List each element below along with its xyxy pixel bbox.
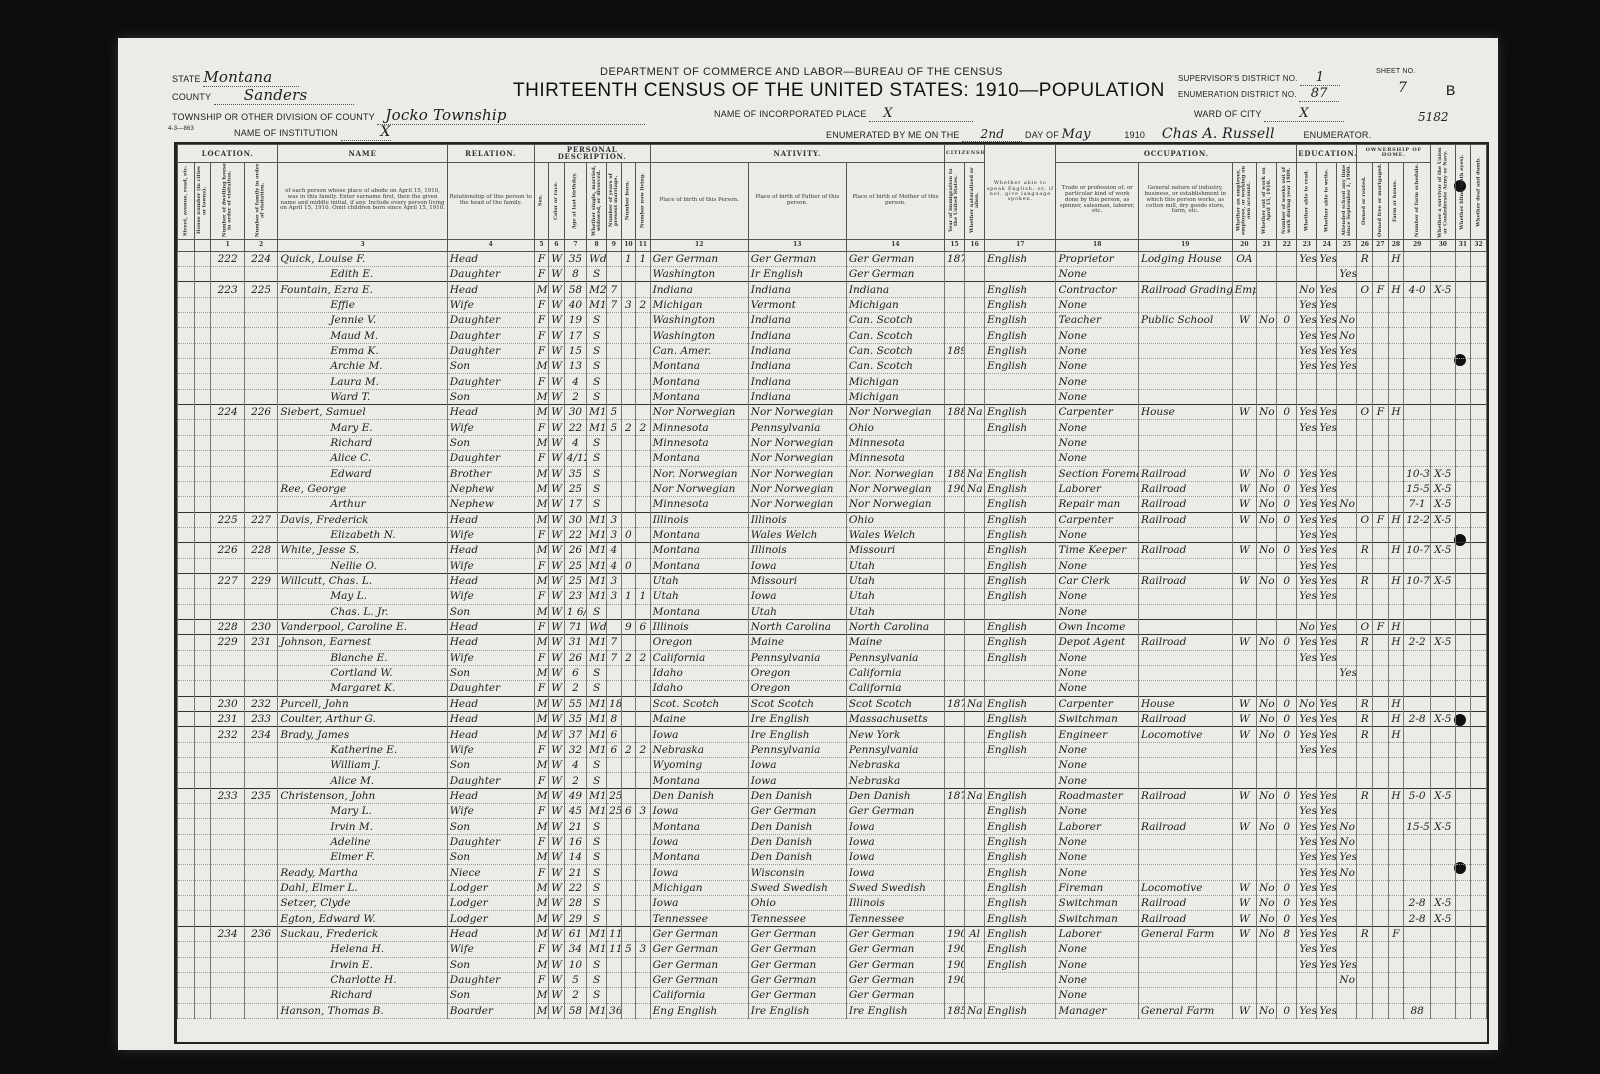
cell-imm <box>944 988 964 1003</box>
census-row: 226228White, Jesse S.HeadMW26M14MontanaI… <box>178 543 1487 558</box>
cell-marital: M1 <box>587 1003 607 1018</box>
cell-emp: W <box>1232 819 1257 834</box>
cell-blind <box>1455 451 1471 466</box>
census-row: 228230Vanderpool, Caroline E.HeadFW71Wd9… <box>178 619 1487 634</box>
cell-lang: English <box>985 343 1056 358</box>
cell-industry <box>1138 435 1232 450</box>
cell-yrs <box>607 497 621 512</box>
cell-own <box>1357 466 1373 481</box>
cell-emp: W <box>1232 543 1257 558</box>
cell-dwelling <box>211 972 244 987</box>
cell-mbp: Nor. Norwegian <box>846 466 944 481</box>
census-row: Egton, Edward W.LodgerMW29STennesseeTenn… <box>178 911 1487 926</box>
cell-write: Yes <box>1317 865 1337 880</box>
cell-yrs: 3 <box>607 512 621 527</box>
cell-age: 71 <box>564 619 586 634</box>
cell-write: Yes <box>1317 957 1337 972</box>
cell-mbp: California <box>846 665 944 680</box>
cell-emp <box>1232 742 1257 757</box>
cell-fh: H <box>1388 405 1404 420</box>
cell-mort <box>1373 758 1389 773</box>
cell-marital: S <box>587 435 607 450</box>
cell-bp: Iowa <box>650 834 748 849</box>
cell-emp <box>1232 850 1257 865</box>
cell-fbp: Indiana <box>748 359 846 374</box>
cell-write <box>1317 972 1337 987</box>
cell-nat <box>965 251 985 266</box>
cell-yrs <box>607 374 621 389</box>
cell-fh <box>1388 1003 1404 1018</box>
cell-marital: S <box>587 758 607 773</box>
supervisor-district-field: SUPERVISOR'S DISTRICT NO. 1 <box>1178 70 1340 86</box>
cell-family <box>244 650 277 665</box>
cell-extra <box>1431 742 1456 757</box>
header-employer: Whether an employer, employee, or workin… <box>1232 162 1257 239</box>
cell-extra <box>1431 389 1456 404</box>
cell-sched <box>1404 681 1431 696</box>
cell-yrs: 7 <box>607 635 621 650</box>
cell-family <box>244 389 277 404</box>
cell-bp: Montana <box>650 374 748 389</box>
cell-family <box>244 604 277 619</box>
group-education: EDUCATION. <box>1297 145 1357 163</box>
cell-born <box>621 512 635 527</box>
cell-living: 2 <box>636 297 651 312</box>
cell-read: Yes <box>1297 297 1317 312</box>
cell-write <box>1317 665 1337 680</box>
cell-mbp: Wales Welch <box>846 527 944 542</box>
cell-mort <box>1373 481 1389 496</box>
cell-nat <box>965 435 985 450</box>
header-children-living: Number now living. <box>636 162 651 239</box>
cell-born: 2 <box>621 650 635 665</box>
cell-write: Yes <box>1317 850 1337 865</box>
population-schedule-table: LOCATION. NAME RELATION. PERSONAL DESCRI… <box>174 142 1489 1044</box>
cell-family <box>244 420 277 435</box>
cell-family <box>244 804 277 819</box>
cell-own <box>1357 804 1373 819</box>
cell-name: Blanche E. <box>278 650 447 665</box>
cell-deaf <box>1471 942 1487 957</box>
cell-wks <box>1277 389 1297 404</box>
enumeration-district-label: ENUMERATION DISTRICT NO. <box>1178 90 1297 99</box>
cell-school <box>1337 589 1357 604</box>
cell-oow <box>1257 834 1277 849</box>
cell-fh <box>1388 389 1404 404</box>
cell-deaf <box>1471 497 1487 512</box>
cell-nat <box>965 374 985 389</box>
cell-yrs: 5 <box>607 405 621 420</box>
cell-sex: M <box>534 712 548 727</box>
cell-age: 4 <box>564 374 586 389</box>
cell-fh <box>1388 880 1404 895</box>
cell-dwelling: 232 <box>211 727 244 742</box>
cell-school <box>1337 788 1357 803</box>
cell-emp: W <box>1232 635 1257 650</box>
cell-write: Yes <box>1317 696 1337 711</box>
cell-fh <box>1388 896 1404 911</box>
cell-dwelling: 226 <box>211 543 244 558</box>
cell-street <box>178 313 195 328</box>
cell-yrs: 6 <box>607 742 621 757</box>
cell-sex: M <box>534 957 548 972</box>
cell-trade: Switchman <box>1056 896 1139 911</box>
cell-nat <box>965 343 985 358</box>
cell-trade: None <box>1056 589 1139 604</box>
cell-sex: F <box>534 972 548 987</box>
cell-industry: Railroad <box>1138 512 1232 527</box>
cell-oow <box>1257 619 1277 634</box>
cell-own <box>1357 420 1373 435</box>
cell-mbp: Ger German <box>846 804 944 819</box>
cell-living <box>636 389 651 404</box>
cell-industry <box>1138 420 1232 435</box>
cell-family <box>244 527 277 542</box>
cell-yrs: 7 <box>607 297 621 312</box>
cell-fh: H <box>1388 512 1404 527</box>
cell-age: 2 <box>564 988 586 1003</box>
cell-fh <box>1388 742 1404 757</box>
enumerated-label: ENUMERATED BY ME ON THE <box>826 130 960 140</box>
cell-sex: M <box>534 435 548 450</box>
cell-marital: M1 <box>587 589 607 604</box>
cell-trade: Engineer <box>1056 727 1139 742</box>
cell-industry: General Farm <box>1138 1003 1232 1018</box>
cell-imm <box>944 512 964 527</box>
cell-born <box>621 405 635 420</box>
cell-yrs <box>607 850 621 865</box>
census-row: Dahl, Elmer L.LodgerMW22SMichiganSwed Sw… <box>178 880 1487 895</box>
cell-oow: No <box>1257 466 1277 481</box>
cell-family <box>244 957 277 972</box>
cell-dwelling <box>211 466 244 481</box>
census-row: Hanson, Thomas B.BoarderMW58M136Eng Engl… <box>178 1003 1487 1018</box>
cell-fh <box>1388 267 1404 282</box>
cell-oow: No <box>1257 911 1277 926</box>
cell-sex: M <box>534 788 548 803</box>
cell-lang <box>985 972 1056 987</box>
cell-school: No <box>1337 819 1357 834</box>
cell-dwelling <box>211 773 244 788</box>
cell-deaf <box>1471 650 1487 665</box>
cell-relation: Son <box>447 665 534 680</box>
cell-own: R <box>1357 712 1373 727</box>
cell-marital: S <box>587 451 607 466</box>
cell-marital: S <box>587 604 607 619</box>
cell-living <box>636 466 651 481</box>
cell-name: Maud M. <box>278 328 447 343</box>
cell-nat <box>965 543 985 558</box>
cell-fh <box>1388 343 1404 358</box>
cell-house <box>194 742 211 757</box>
cell-mbp: New York <box>846 727 944 742</box>
cell-living <box>636 573 651 588</box>
cell-write <box>1317 773 1337 788</box>
cell-street <box>178 267 195 282</box>
cell-imm <box>944 650 964 665</box>
cell-trade: None <box>1056 665 1139 680</box>
cell-trade: None <box>1056 758 1139 773</box>
cell-fh <box>1388 558 1404 573</box>
cell-deaf <box>1471 880 1487 895</box>
cell-bp: Nor Norwegian <box>650 405 748 420</box>
cell-blind <box>1455 880 1471 895</box>
cell-name: Christenson, John <box>278 788 447 803</box>
cell-imm <box>944 313 964 328</box>
cell-born <box>621 267 635 282</box>
cell-emp: Emp <box>1232 282 1257 297</box>
cell-yrs: 25 <box>607 804 621 819</box>
cell-sex: F <box>534 420 548 435</box>
cell-oow <box>1257 558 1277 573</box>
cell-own <box>1357 896 1373 911</box>
cell-lang: English <box>985 466 1056 481</box>
cell-family: 224 <box>244 251 277 266</box>
cell-sex: M <box>534 988 548 1003</box>
cell-marital: M1 <box>587 297 607 312</box>
cell-fbp: Den Danish <box>748 834 846 849</box>
census-row: Charlotte H.DaughterFW5SGer GermanGer Ge… <box>178 972 1487 987</box>
column-number: 2 <box>244 239 277 251</box>
cell-oow <box>1257 251 1277 266</box>
cell-nat <box>965 988 985 1003</box>
cell-house <box>194 558 211 573</box>
cell-born <box>621 1003 635 1018</box>
cell-deaf <box>1471 481 1487 496</box>
cell-relation: Nephew <box>447 481 534 496</box>
cell-family <box>244 880 277 895</box>
cell-sched <box>1404 435 1431 450</box>
cell-marital: S <box>587 665 607 680</box>
cell-street <box>178 926 195 941</box>
cell-house <box>194 865 211 880</box>
cell-wks <box>1277 527 1297 542</box>
cell-house <box>194 880 211 895</box>
enumeration-date-field: ENUMERATED BY ME ON THE 2nd DAY OF May 1… <box>826 126 1371 143</box>
cell-marital: S <box>587 497 607 512</box>
cell-street <box>178 834 195 849</box>
cell-living <box>636 696 651 711</box>
cell-nat: Na <box>965 788 985 803</box>
cell-write: Yes <box>1317 788 1337 803</box>
cell-living <box>636 512 651 527</box>
cell-dwelling: 231 <box>211 712 244 727</box>
cell-blind <box>1455 942 1471 957</box>
cell-extra: X-5 <box>1431 282 1456 297</box>
cell-relation: Head <box>447 696 534 711</box>
cell-family <box>244 481 277 496</box>
cell-imm <box>944 297 964 312</box>
cell-imm <box>944 865 964 880</box>
cell-school <box>1337 481 1357 496</box>
cell-sched <box>1404 804 1431 819</box>
cell-wks <box>1277 604 1297 619</box>
cell-born <box>621 788 635 803</box>
cell-extra <box>1431 957 1456 972</box>
cell-fh <box>1388 313 1404 328</box>
cell-wks: 0 <box>1277 313 1297 328</box>
cell-mbp: Utah <box>846 589 944 604</box>
cell-sched <box>1404 313 1431 328</box>
cell-blind <box>1455 788 1471 803</box>
cell-blind <box>1455 758 1471 773</box>
cell-house <box>194 819 211 834</box>
cell-sched: 7-1 <box>1404 497 1431 512</box>
cell-emp: W <box>1232 911 1257 926</box>
cell-read <box>1297 389 1317 404</box>
cell-read: Yes <box>1297 589 1317 604</box>
cell-lang: English <box>985 850 1056 865</box>
census-row: 230232Purcell, JohnHeadMW55M118Scot. Sco… <box>178 696 1487 711</box>
cell-trade: None <box>1056 343 1139 358</box>
cell-write: Yes <box>1317 359 1337 374</box>
cell-deaf <box>1471 543 1487 558</box>
cell-dwelling <box>211 389 244 404</box>
cell-blind <box>1455 619 1471 634</box>
cell-age: 8 <box>564 267 586 282</box>
cell-mort: F <box>1373 405 1389 420</box>
cell-marital: S <box>587 389 607 404</box>
cell-relation: Boarder <box>447 1003 534 1018</box>
cell-race: W <box>549 696 565 711</box>
cell-oow <box>1257 604 1277 619</box>
cell-emp <box>1232 267 1257 282</box>
cell-lang <box>985 773 1056 788</box>
cell-own <box>1357 681 1373 696</box>
cell-industry <box>1138 758 1232 773</box>
cell-race: W <box>549 359 565 374</box>
cell-imm <box>944 604 964 619</box>
cell-relation: Head <box>447 635 534 650</box>
cell-sched <box>1404 359 1431 374</box>
cell-race: W <box>549 1003 565 1018</box>
cell-street <box>178 604 195 619</box>
cell-deaf <box>1471 712 1487 727</box>
cell-imm <box>944 558 964 573</box>
cell-street <box>178 712 195 727</box>
cell-deaf <box>1471 727 1487 742</box>
cell-lang: English <box>985 589 1056 604</box>
cell-read: Yes <box>1297 865 1317 880</box>
cell-living <box>636 1003 651 1018</box>
day-of-label: DAY OF <box>1025 130 1059 140</box>
cell-mort <box>1373 589 1389 604</box>
cell-race: W <box>549 850 565 865</box>
header-children-born: Number born. <box>621 162 635 239</box>
cell-lang: English <box>985 819 1056 834</box>
census-row: Maud M.DaughterFW17SWashingtonIndianaCan… <box>178 328 1487 343</box>
cell-read <box>1297 758 1317 773</box>
cell-marital: S <box>587 328 607 343</box>
cell-mort <box>1373 696 1389 711</box>
cell-living <box>636 957 651 972</box>
cell-deaf <box>1471 819 1487 834</box>
cell-sched: 2-8 <box>1404 712 1431 727</box>
cell-race: W <box>549 297 565 312</box>
cell-mort <box>1373 420 1389 435</box>
cell-industry: Railroad <box>1138 481 1232 496</box>
cell-yrs <box>607 466 621 481</box>
cell-mort <box>1373 988 1389 1003</box>
cell-dwelling <box>211 819 244 834</box>
cell-street <box>178 819 195 834</box>
cell-trade: Proprietor <box>1056 251 1139 266</box>
cell-relation: Nephew <box>447 497 534 512</box>
column-number: 13 <box>748 239 846 251</box>
cell-emp <box>1232 343 1257 358</box>
cell-trade: None <box>1056 804 1139 819</box>
cell-family <box>244 267 277 282</box>
cell-marital: S <box>587 773 607 788</box>
cell-emp <box>1232 758 1257 773</box>
cell-mbp: Nor Norwegian <box>846 497 944 512</box>
cell-own <box>1357 343 1373 358</box>
cell-age: 2 <box>564 773 586 788</box>
cell-write: Yes <box>1317 405 1337 420</box>
cell-street <box>178 788 195 803</box>
cell-own <box>1357 558 1373 573</box>
column-number: 4 <box>447 239 534 251</box>
header-sex: Sex. <box>534 162 548 239</box>
cell-sched <box>1404 834 1431 849</box>
cell-blind <box>1455 727 1471 742</box>
cell-race: W <box>549 665 565 680</box>
cell-race: W <box>549 758 565 773</box>
cell-own <box>1357 650 1373 665</box>
cell-yrs: 11 <box>607 942 621 957</box>
cell-house <box>194 665 211 680</box>
cell-own <box>1357 481 1373 496</box>
cell-fbp: Nor Norwegian <box>748 497 846 512</box>
cell-living <box>636 451 651 466</box>
cell-trade: Switchman <box>1056 712 1139 727</box>
cell-oow: No <box>1257 543 1277 558</box>
cell-blind <box>1455 405 1471 420</box>
cell-lang: English <box>985 804 1056 819</box>
column-number: 20 <box>1232 239 1257 251</box>
cell-fbp: Iowa <box>748 773 846 788</box>
cell-living <box>636 435 651 450</box>
cell-emp <box>1232 804 1257 819</box>
cell-imm: 1870 <box>944 788 964 803</box>
cell-write: Yes <box>1317 880 1337 895</box>
cell-fbp: Ire English <box>748 1003 846 1018</box>
cell-industry <box>1138 619 1232 634</box>
cell-street <box>178 251 195 266</box>
cell-blind <box>1455 650 1471 665</box>
cell-wks <box>1277 972 1297 987</box>
cell-oow <box>1257 681 1277 696</box>
cell-extra <box>1431 727 1456 742</box>
cell-street <box>178 543 195 558</box>
census-rows: 222224Quick, Louise F.HeadFW35Wd11Ger Ge… <box>178 251 1487 1018</box>
cell-house <box>194 788 211 803</box>
cell-write: Yes <box>1317 619 1337 634</box>
cell-name: Purcell, John <box>278 696 447 711</box>
cell-mort <box>1373 865 1389 880</box>
cell-extra <box>1431 650 1456 665</box>
cell-street <box>178 389 195 404</box>
cell-extra: X-5 <box>1431 512 1456 527</box>
cell-dwelling <box>211 665 244 680</box>
column-number: 12 <box>650 239 748 251</box>
cell-born <box>621 834 635 849</box>
cell-street <box>178 420 195 435</box>
cell-lang <box>985 389 1056 404</box>
cell-imm <box>944 773 964 788</box>
cell-write: Yes <box>1317 896 1337 911</box>
cell-wks: 0 <box>1277 819 1297 834</box>
